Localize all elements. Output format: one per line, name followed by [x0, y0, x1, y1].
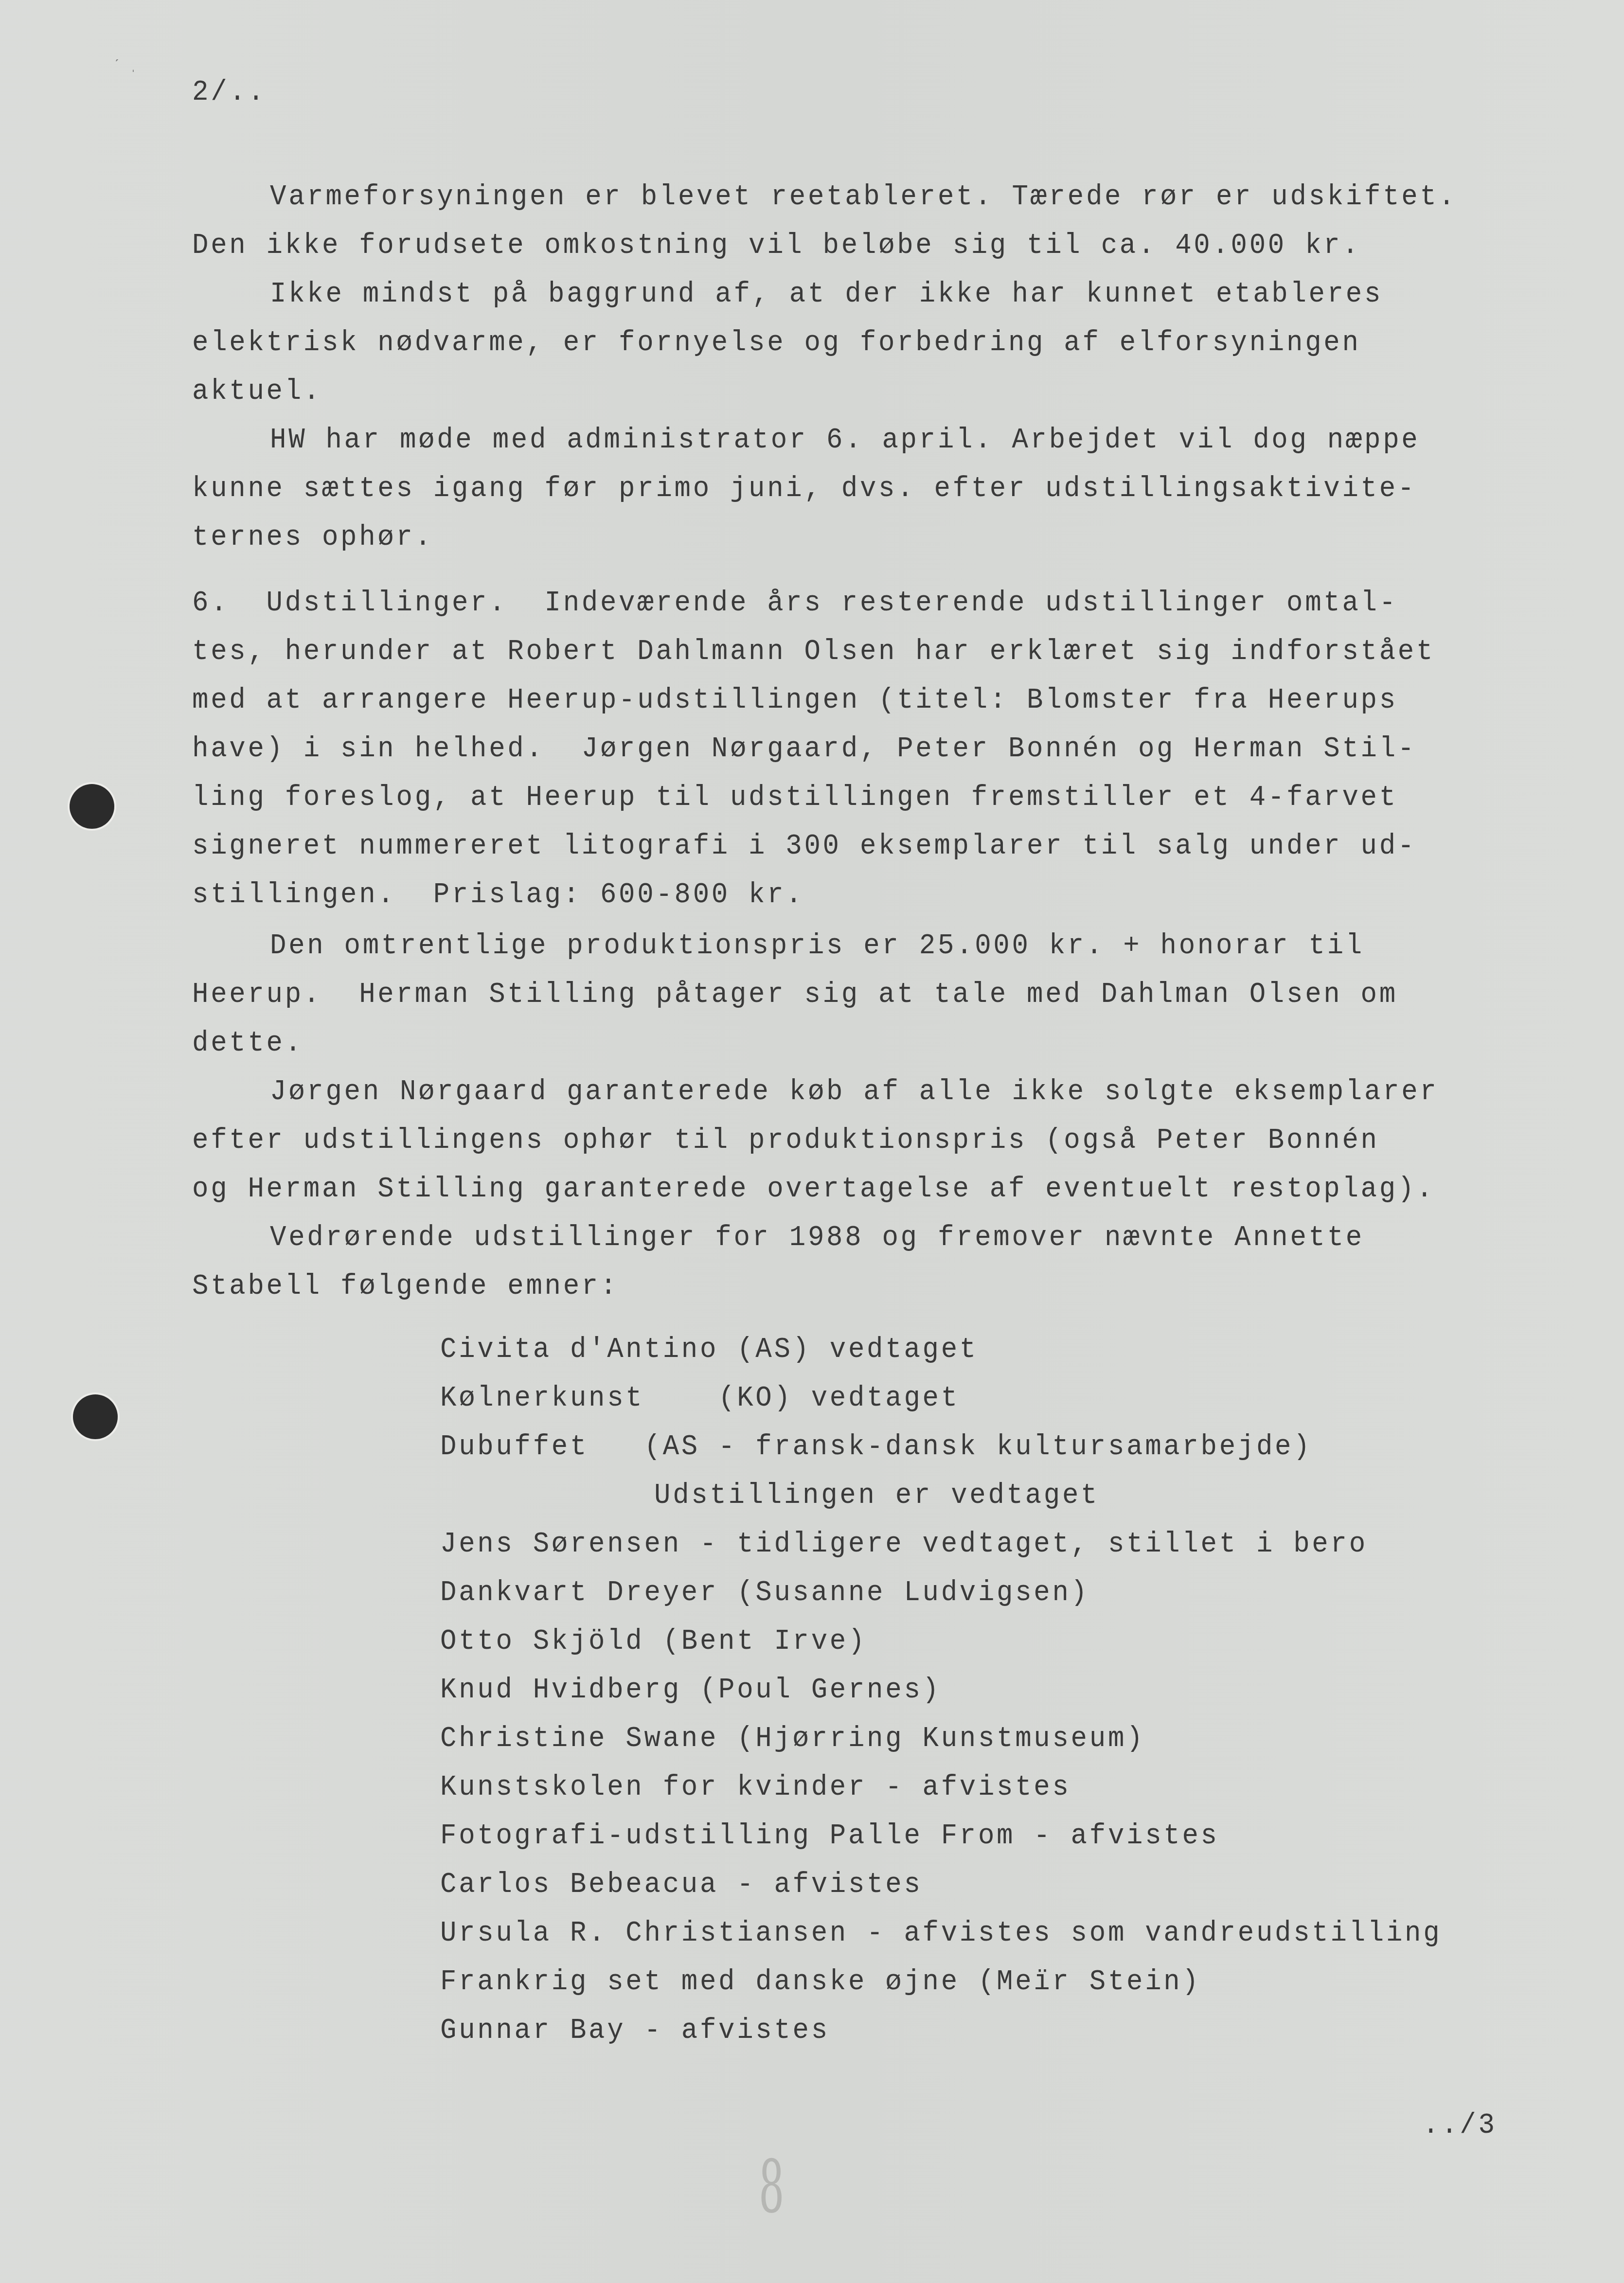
list-item: Fotografi-udstilling Palle From - afvist…: [440, 1819, 1219, 1853]
text-line: tes, herunder at Robert Dahlmann Olsen h…: [192, 635, 1435, 669]
list-item: Civita d'Antino (AS) vedtaget: [440, 1333, 978, 1367]
text-line: Ikke mindst på baggrund af, at der ikke …: [270, 277, 1383, 311]
text-line: Stabell følgende emner:: [192, 1269, 619, 1303]
list-item: Ursula R. Christiansen - afvistes som va…: [440, 1916, 1442, 1950]
page-header-number: 2/..: [192, 75, 267, 109]
text-line: ling foreslog, at Heerup til udstillinge…: [192, 781, 1398, 815]
text-line: Den ikke forudsete omkostning vil beløbe…: [192, 229, 1361, 263]
text-line: ternes ophør.: [192, 520, 433, 554]
page-footer-continuation: ../3: [1423, 2108, 1497, 2142]
list-item: Kunstskolen for kvinder - afvistes: [440, 1770, 1071, 1804]
list-item: Udstillingen er vedtaget: [654, 1479, 1099, 1513]
list-item: Dubuffet (AS - fransk-dansk kultursamarb…: [440, 1430, 1312, 1464]
text-line: kunne sættes igang før primo juni, dvs. …: [192, 472, 1416, 506]
list-item: Gunnar Bay - afvistes: [440, 2014, 830, 2048]
punch-hole-bottom: [73, 1394, 118, 1439]
list-item: Otto Skjöld (Bent Irve): [440, 1624, 867, 1659]
text-line: Vedrørende udstillinger for 1988 og frem…: [270, 1221, 1364, 1255]
text-line: signeret nummereret litografi i 300 ekse…: [192, 829, 1416, 863]
pencil-page-number: 8: [759, 2145, 784, 2229]
text-line: 6. Udstillinger. Indeværende års restere…: [192, 586, 1398, 620]
text-line: HW har møde med administrator 6. april. …: [270, 423, 1420, 457]
text-line: Jørgen Nørgaard garanterede køb af alle …: [270, 1075, 1439, 1109]
text-line: stillingen. Prislag: 600-800 kr.: [192, 878, 804, 912]
text-line: aktuel.: [192, 375, 322, 409]
text-line: efter udstillingens ophør til produktion…: [192, 1124, 1379, 1158]
text-line: Varmeforsyningen er blevet reetableret. …: [270, 180, 1457, 214]
list-item: Jens Sørensen - tidligere vedtaget, stil…: [440, 1527, 1368, 1561]
punch-hole-top: [70, 784, 114, 829]
text-line: elektrisk nødvarme, er fornyelse og forb…: [192, 326, 1361, 360]
text-line: Heerup. Herman Stilling påtager sig at t…: [192, 978, 1398, 1012]
list-item: Christine Swane (Hjørring Kunstmuseum): [440, 1722, 1145, 1756]
text-line: dette.: [192, 1026, 303, 1060]
list-item: Knud Hvidberg (Poul Gernes): [440, 1673, 941, 1707]
text-line: med at arrangere Heerup-udstillingen (ti…: [192, 683, 1398, 717]
scan-mark: ˊ ˌ: [113, 58, 137, 73]
text-line: have) i sin helhed. Jørgen Nørgaard, Pet…: [192, 732, 1416, 766]
text-line: og Herman Stilling garanterede overtagel…: [192, 1172, 1435, 1206]
list-item: Kølnerkunst (KO) vedtaget: [440, 1381, 960, 1415]
list-item: Frankrig set med danske øjne (Meïr Stein…: [440, 1965, 1201, 1999]
text-line: Den omtrentlige produktionspris er 25.00…: [270, 929, 1364, 963]
list-item: Dankvart Dreyer (Susanne Ludvigsen): [440, 1576, 1089, 1610]
list-item: Carlos Bebeacua - afvistes: [440, 1868, 923, 1902]
